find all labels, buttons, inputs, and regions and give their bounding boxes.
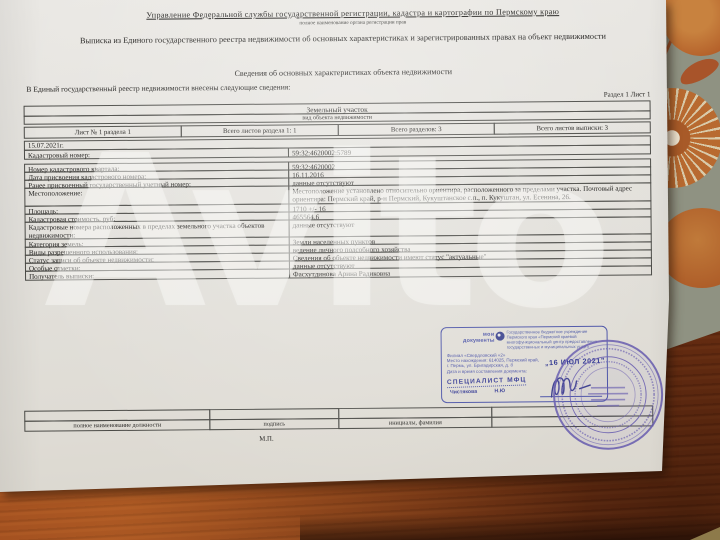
object-type-caption: вид объекта недвижимости bbox=[24, 110, 651, 124]
row-label: Площадь: bbox=[24, 203, 289, 214]
stamp-header: мои документы Государственное бюджетное … bbox=[447, 330, 603, 351]
row-value: данные отсутствуют bbox=[289, 257, 652, 269]
row-label: Номер кадастрового квартала: bbox=[24, 161, 289, 172]
address-line: г. Пермь, ул. Бригадирская, д. 8 bbox=[447, 362, 603, 369]
row-value: данные отсутствуют bbox=[288, 174, 651, 186]
address-line: Место нахождения: 614025, Пермский край, bbox=[447, 357, 603, 364]
sheet-info-cell: Всего листов выписки: 3 bbox=[494, 121, 651, 134]
signature-label-row: полное наименование должности подпись ин… bbox=[24, 415, 653, 431]
section-page-label: Раздел 1 Лист 1 bbox=[23, 90, 650, 103]
row-label: Статус записи об объекте недвижимости: bbox=[25, 252, 290, 263]
row-value: 465564.6 bbox=[288, 208, 651, 220]
date-stamp: 16 ИЮЛ 2021 bbox=[544, 356, 605, 368]
row-value: Сведения об объекте недвижимости имеют с… bbox=[289, 249, 652, 261]
document-paper: Управление Федеральной службы государств… bbox=[0, 0, 690, 540]
row-value: Земли населенных пунктов bbox=[289, 233, 652, 245]
signature-table: полное наименование должности подпись ин… bbox=[24, 405, 653, 431]
row-label: Местоположение: bbox=[24, 185, 289, 206]
round-official-seal bbox=[551, 337, 666, 452]
section-title: Сведения об основных характеристиках объ… bbox=[43, 65, 643, 79]
date-block: 15.07.2021г. Кадастровый номер: 59:32:46… bbox=[24, 135, 651, 159]
logo-text-top: мои bbox=[447, 333, 495, 339]
row-label: Категория земель: bbox=[25, 236, 290, 247]
row-value: Местоположение установлено относительно … bbox=[288, 182, 651, 204]
signature-line bbox=[540, 396, 602, 398]
signature-col-label: инициалы, фамилия bbox=[338, 417, 492, 429]
characteristics-table: Номер кадастрового квартала: 59:32:46200… bbox=[24, 158, 652, 280]
document-sheet: Управление Федеральной службы государств… bbox=[0, 0, 692, 540]
specialist-position-stamp: СПЕЦИАЛИСТ МФЦ bbox=[447, 376, 527, 388]
row-value: 16.11.2016 bbox=[288, 166, 651, 178]
signature-empty-row bbox=[24, 405, 653, 421]
row-label: Кадастровая стоимость, руб: bbox=[24, 211, 289, 222]
row-label: Дата присвоения кадастрового номера: bbox=[24, 169, 289, 180]
mfc-stamp-box: мои документы Государственное бюджетное … bbox=[441, 326, 609, 403]
authority-caption: полное наименование органа регистрации п… bbox=[43, 17, 663, 28]
row-value: ведение личного подсобного хозяйства bbox=[289, 241, 652, 253]
branch-name: Филиал «Свердловский «2» bbox=[447, 351, 603, 358]
row-label: Кадастровый номер: bbox=[24, 147, 289, 159]
specialist-name: Чистякова Н.Ю bbox=[450, 388, 505, 395]
signature-col-label: полное наименование должности bbox=[24, 419, 210, 432]
seal-place-mark: М.П. bbox=[201, 435, 331, 443]
row-value: данные отсутствуют bbox=[289, 216, 652, 237]
sheet-info-cell: Лист № 1 раздела 1 bbox=[24, 125, 182, 138]
sheet-info-cell: Всего листов раздела 1: 1 bbox=[181, 124, 339, 137]
row-label: Получатель выписки: bbox=[25, 268, 290, 280]
row-label: Ранее присвоенный государственный учетны… bbox=[24, 177, 289, 188]
organization-name: Государственное бюджетное учреждение Пер… bbox=[495, 330, 603, 351]
row-value: 1710 +/- 16 bbox=[288, 200, 651, 212]
logo-text-bottom: документы bbox=[447, 338, 495, 344]
intro-text: В Единый государственный реестр недвижим… bbox=[26, 82, 290, 93]
row-label: Виды разрешенного использования: bbox=[25, 244, 290, 255]
object-type: Земельный участок bbox=[24, 100, 651, 116]
object-type-table: Земельный участок вид объекта недвижимос… bbox=[24, 100, 651, 138]
row-value: 59:32:4620002 bbox=[288, 158, 651, 170]
photo-of-egrn-extract: Управление Федеральной службы государств… bbox=[0, 0, 720, 540]
document-title: Выписка из Единого государственного реес… bbox=[23, 31, 663, 46]
sheet-info-row: Лист № 1 раздела 1 Всего листов раздела … bbox=[24, 121, 651, 138]
row-label: Кадастровые номера расположенных в преде… bbox=[25, 219, 290, 239]
signature-col-label: подпись bbox=[209, 418, 339, 430]
date-label: Дата и время составления документа: bbox=[447, 368, 603, 375]
handwritten-signature bbox=[547, 372, 593, 398]
extract-date: 15.07.2021г. bbox=[24, 135, 651, 150]
moi-dokumenty-logo: мои документы bbox=[447, 331, 495, 351]
authority-title: Управление Федеральной службы государств… bbox=[43, 6, 663, 20]
row-value: 59:32:4620002:5789 bbox=[288, 144, 651, 157]
row-label: Особые отметки: bbox=[25, 260, 290, 271]
row-value: Фасхутдинова Арина Радиковна bbox=[289, 265, 652, 278]
sheet-info-cell: Всего разделов: 3 bbox=[338, 123, 495, 136]
logo-emblem-icon bbox=[496, 332, 505, 341]
document-paper-wrap: Управление Федеральной службы государств… bbox=[0, 0, 720, 540]
